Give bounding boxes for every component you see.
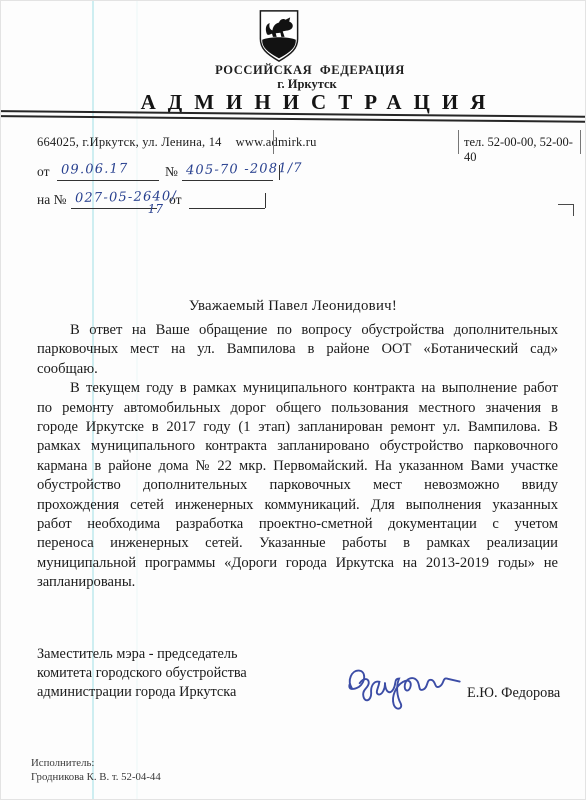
handwritten-date: 09.06.17 <box>61 161 129 177</box>
signer-position-line: администрации города Иркутска <box>37 683 247 702</box>
number-field: 405-70 -2081/7 <box>182 161 273 181</box>
reply-date-field <box>189 189 265 209</box>
outgoing-reference-row: от 09.06.17 № 405-70 -2081/7 <box>1 161 585 185</box>
form-tick <box>279 165 280 180</box>
date-field: 09.06.17 <box>57 161 159 181</box>
addressee-corner-mark <box>558 204 574 216</box>
scanned-letter-page: РОССИЙСКАЯ ФЕДЕРАЦИЯ г. Иркутск АДМИНИСТ… <box>0 0 586 800</box>
handwritten-reply-number-suffix: 17 <box>148 202 163 216</box>
irkutsk-coat-of-arms-icon <box>257 9 301 63</box>
reply-number-field: 027-05-2640/ 17 <box>71 189 157 209</box>
address-text: 664025, г.Иркутск, ул. Ленина, 14 <box>37 135 222 149</box>
website-text: www.admirk.ru <box>236 135 317 149</box>
executor-name: Гродникова К. В. т. 52-04-44 <box>31 771 161 785</box>
number-label: № <box>165 164 178 180</box>
postal-address: 664025, г.Иркутск, ул. Ленина, 14www.adm… <box>37 135 317 150</box>
signer-position: Заместитель мэра - председатель комитета… <box>37 645 247 701</box>
incoming-reference-row: на № 027-05-2640/ 17 от <box>1 189 585 213</box>
signer-position-line: комитета городского обустройства <box>37 664 247 683</box>
executor-block: Исполнитель: Гродникова К. В. т. 52-04-4… <box>31 757 161 784</box>
form-divider <box>458 130 459 154</box>
date-label: от <box>37 164 49 180</box>
signer-position-line: Заместитель мэра - председатель <box>37 645 247 664</box>
salutation: Уважаемый Павел Леонидович! <box>1 298 585 315</box>
form-tick <box>265 193 266 208</box>
handwritten-signature <box>339 651 465 713</box>
paragraph: В ответ на Ваше обращение по вопросу обу… <box>37 321 558 379</box>
letterhead-country: РОССИЙСКАЯ ФЕДЕРАЦИЯ <box>18 63 586 78</box>
letter-body: В ответ на Ваше обращение по вопросу обу… <box>37 321 558 593</box>
form-divider <box>273 130 274 154</box>
signer-name: Е.Ю. Федорова <box>467 685 560 702</box>
form-divider <box>580 130 581 154</box>
executor-label: Исполнитель: <box>31 757 161 771</box>
handwritten-number: 405-70 -2081/7 <box>186 161 303 178</box>
reply-label: на № <box>37 192 66 208</box>
paragraph: В текущем году в рамках муниципального к… <box>37 379 558 592</box>
letterhead-contact-row: 664025, г.Иркутск, ул. Ленина, 14www.adm… <box>1 132 585 156</box>
reply-date-label: от <box>169 192 181 208</box>
